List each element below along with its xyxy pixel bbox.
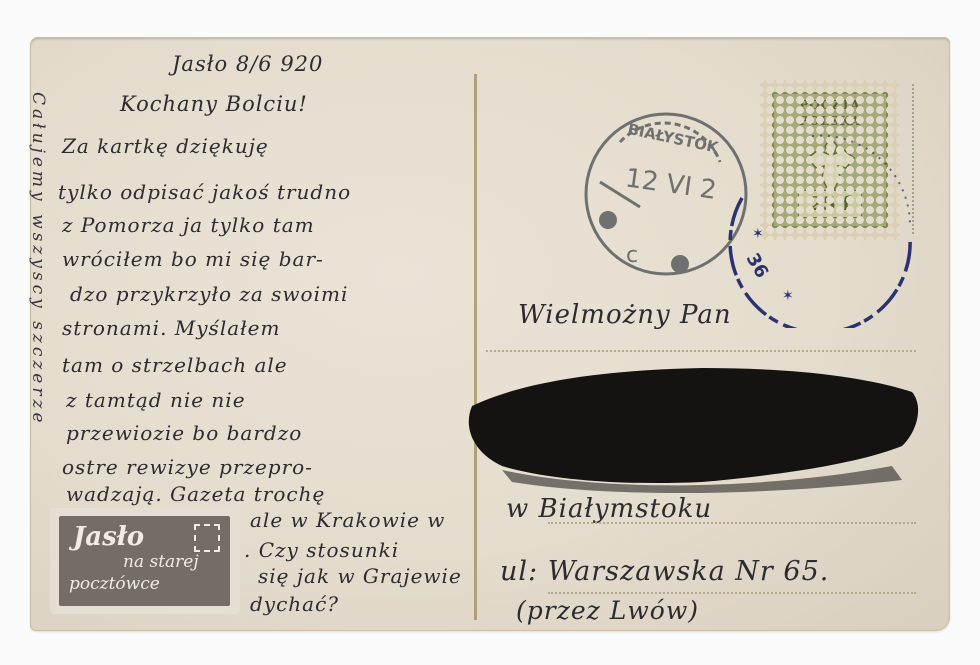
- message-line: się jak w Grajewie: [258, 564, 462, 588]
- message-line: . Czy stosunki: [244, 538, 399, 562]
- message-line: ale w Krakowie w: [250, 508, 445, 532]
- address-rule: [486, 350, 916, 352]
- stamp-outline-icon: [194, 524, 220, 552]
- message-line: z tamtąd nie nie: [66, 388, 246, 412]
- ink-redaction: [462, 362, 922, 494]
- message-line: tam o strzelbach ale: [62, 353, 288, 377]
- address-line-1: Wielmożny Pan: [518, 300, 732, 330]
- logo-subtitle-1: na starej: [123, 552, 199, 572]
- message-line: wadzają. Gazeta trochę: [66, 482, 325, 506]
- address-rule: [548, 522, 916, 524]
- message-line: tylko odpisać jakoś trudno: [58, 180, 351, 204]
- message-line: stronami. Myślałem: [62, 316, 280, 340]
- address-line-5: (przez Lwów): [516, 596, 699, 625]
- message-line: dzo przykrzyło za swoimi: [70, 282, 348, 306]
- postmark-letter: c: [626, 243, 638, 268]
- postmark-blue-number: 36: [742, 250, 773, 282]
- greeting: Kochany Bolciu!: [120, 92, 308, 116]
- address-line-3: w Białymstoku: [506, 494, 712, 524]
- stamp-country-2: POLSKA: [774, 114, 886, 128]
- place-date: Jasło 8/6 920: [172, 52, 323, 76]
- margin-vertical-text: Całujemy wszyscy szczerze: [28, 92, 48, 427]
- message-line: przewiozie bo bardzo: [66, 421, 302, 445]
- postmark-date: 12 VI 2: [623, 163, 718, 205]
- address-rule: [548, 592, 916, 594]
- watermark-logo: Jasło na starej pocztówce: [50, 508, 240, 614]
- postmark-blue: 36 ✶ ✶: [722, 128, 922, 328]
- svg-text:✶: ✶: [782, 288, 794, 304]
- message-line: ostre rewizye przepro-: [62, 455, 313, 479]
- message-line: Za kartkę dziękuję: [62, 134, 269, 158]
- stamp-country-1: POCZTA: [774, 98, 886, 112]
- center-divider-line: [474, 74, 477, 620]
- address-line-4: ul: Warszawska Nr 65.: [500, 556, 829, 587]
- message-line: z Pomorza ja tylko tam: [62, 213, 315, 237]
- message-line: wróciłem bo mi się bar-: [62, 247, 324, 271]
- logo-subtitle-2: pocztówce: [69, 574, 160, 594]
- svg-text:✶: ✶: [752, 226, 764, 242]
- logo-title: Jasło: [73, 522, 144, 552]
- message-line: dychać?: [250, 592, 339, 616]
